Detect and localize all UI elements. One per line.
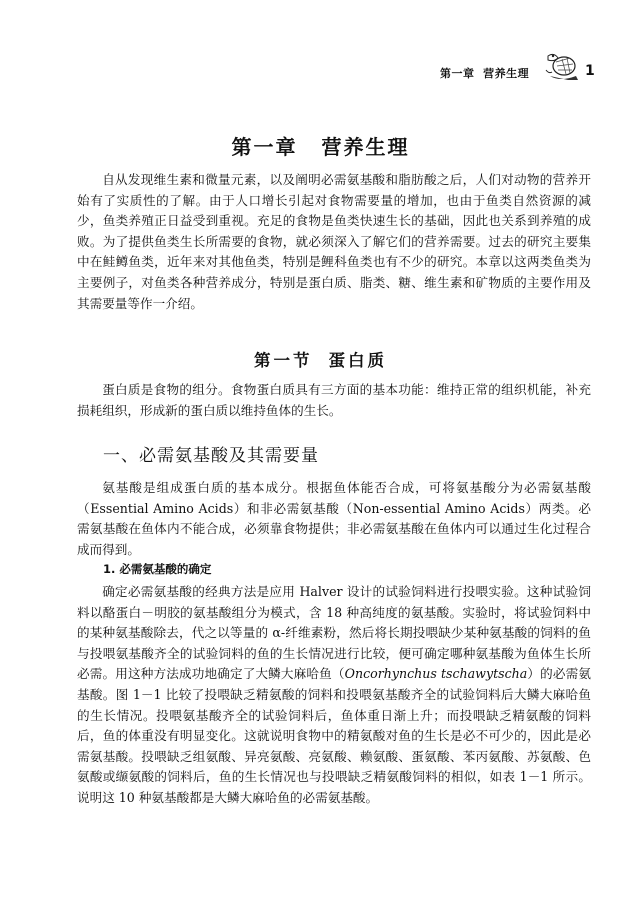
chapter-number: 第一章: [232, 135, 298, 159]
page-number: 1: [585, 63, 595, 79]
running-head-chapter: 第一章: [440, 67, 475, 80]
numbered-heading: 1. 必需氨基酸的确定: [103, 561, 211, 577]
amino-acid-paragraph: 氨基酸是组成蛋白质的基本成分。根据鱼体能否合成，可将氨基酸分为必需氨基酸（Ess…: [77, 478, 591, 560]
fish-illustration-icon: [540, 50, 580, 84]
chapter-title: 第一章营养生理: [0, 131, 641, 160]
intro-paragraph: 自从发现维生素和微量元素，以及阐明必需氨基酸和脂肪酸之后，人们对动物的营养开始有…: [77, 170, 591, 314]
running-head-title: 第一章 营养生理: [440, 65, 529, 81]
method-paragraph: 确定必需氨基酸的经典方法是应用 Halver 设计的试验饲料进行投喂实验。这种试…: [77, 582, 591, 809]
running-head: 第一章 营养生理 1: [440, 58, 600, 88]
method-text-2: ）的必需氨基酸。图 1－1 比较了投喂缺乏精氨酸的饲料和投喂氨基酸齐全的试验饲料…: [77, 666, 591, 805]
species-latin-name: Oncorhynchus tschawytscha: [345, 666, 528, 681]
section-name: 蛋白质: [329, 351, 388, 370]
chapter-name: 营养生理: [322, 135, 410, 159]
section-number: 第一节: [254, 351, 313, 370]
section-paragraph: 蛋白质是食物的组分。食物蛋白质具有三方面的基本功能：维持正常的组织机能，补充损耗…: [77, 380, 591, 421]
subsection-title: 一、必需氨基酸及其需要量: [103, 441, 319, 466]
section-title: 第一节蛋白质: [0, 347, 641, 371]
running-head-chapter-name: 营养生理: [483, 67, 529, 80]
